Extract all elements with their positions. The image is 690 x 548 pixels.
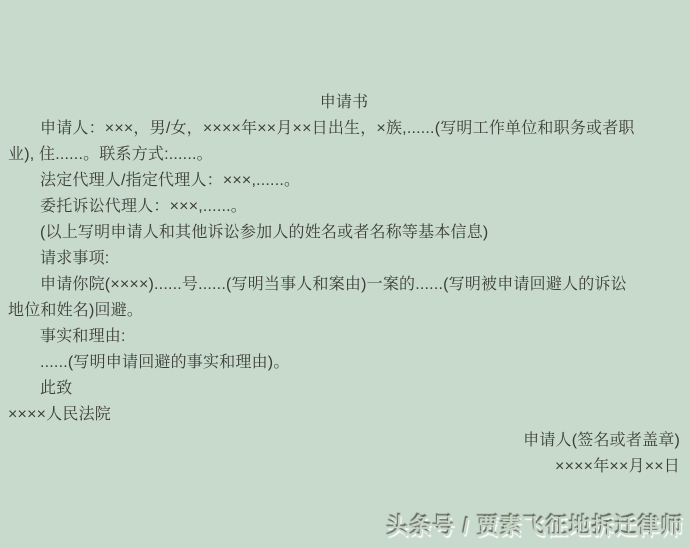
document-line-request-heading: 请求事项: (8, 246, 680, 272)
application-document: 申请书 申请人：×××，男/女，××××年××月××日出生，×族,......(… (0, 0, 690, 480)
document-line-facts-body: ......(写明申请回避的事实和理由)。 (8, 350, 680, 376)
document-line-applicant: 申请人：×××，男/女，××××年××月××日出生，×族,......(写明工作… (8, 116, 680, 142)
document-line-facts-heading: 事实和理由: (8, 324, 680, 350)
document-line-date: ××××年××月××日 (8, 454, 680, 480)
document-line-court-name: ××××人民法院 (8, 402, 680, 428)
document-line-salutation: 此致 (8, 376, 680, 402)
document-line-entrusted-agent: 委托诉讼代理人：×××,......。 (8, 194, 680, 220)
document-line-legal-agent: 法定代理人/指定代理人：×××,......。 (8, 168, 680, 194)
document-title: 申请书 (8, 90, 680, 116)
document-line-request-body-cont: 地位和姓名)回避。 (8, 298, 680, 324)
toutiao-watermark: 头条号 / 贾素飞征地拆迁律师 (387, 510, 684, 541)
document-line-note-basic-info: (以上写明申请人和其他诉讼参加人的姓名或者名称等基本信息) (8, 220, 680, 246)
document-line-request-body: 申请你院(××××)......号......(写明当事人和案由)一案的....… (8, 272, 680, 298)
document-line-signature: 申请人(签名或者盖章) (8, 428, 680, 454)
document-line-applicant-cont: 业), 住......。联系方式:......。 (8, 142, 680, 168)
